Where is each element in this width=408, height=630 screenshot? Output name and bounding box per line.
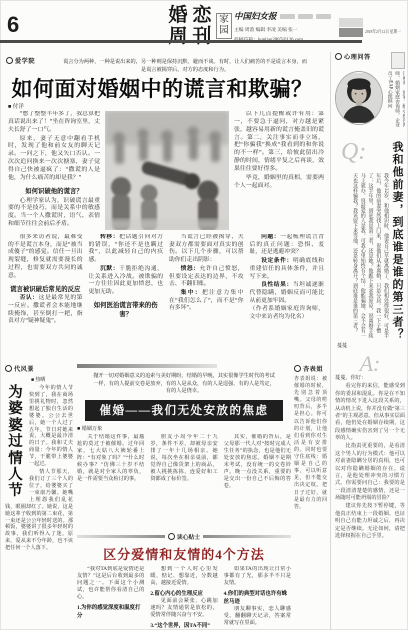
tip-heading: 2.留心内心的生理反应 — [150, 589, 217, 597]
question-vertical-text: 我今年32岁，和他相识时，他说自己早就离婚了。我们相处得很好，可是半年后，他的前… — [335, 173, 389, 339]
expert-block: 汪俊英：国家二级心理咨询师，婚姻家庭咨询师，企业员工EAP心理顾问 本期做客专家 — [335, 71, 405, 133]
subhead-common-reactions: 谎言被识破后常见的反应 — [8, 284, 83, 293]
tip-text: 想到一个人时心里发暖、惦记、想靠近，分数越高，越接近爱情。 — [150, 566, 217, 587]
section-tag-scenery: 代风景 — [5, 364, 73, 373]
question-section: Q: 我和他前妻，到底谁是谁的第三者？ 我今年32岁，和他相识时，他说自己早就离… — [335, 141, 405, 349]
labeled-item: 愤怒：允许自己愤怒，但要设定表达的边界，不攻击、不翻旧账。 — [169, 266, 244, 289]
feature-column-3: 以下几点提醒或许有用：第一，不要急于逼问，对方越是紧张，越容易用新的谎言掩盖旧的… — [234, 111, 324, 231]
paragraph: 心理学家认为，识破谎言最重要的不是技巧，而是关系中的敏感度。当一个人撒谎时，语气… — [8, 198, 100, 229]
color-strip — [339, 18, 363, 37]
paragraph: 否认：这是最常见的第一反应。撒谎者会本能地继续掩饰，甚至倒打一耙，指责对方“疑神… — [8, 295, 83, 326]
paragraph: “憋了整整半年多了，我总算把真话说出来了！”坐在咨询室里，丈夫长舒了一口气。 — [8, 111, 100, 135]
question-mark-label: Q: — [341, 139, 366, 166]
divider-bar — [77, 535, 165, 538]
hot-share-tag: ■ 热晒 — [31, 376, 73, 383]
tips-divider: 读心贴士 — [77, 532, 291, 541]
banner-title: 催婚——我们无处安放的焦虑 — [85, 400, 283, 421]
logo-char: 刊 — [190, 26, 214, 47]
feature-column-1: “憋了整整半年多了，我总算把真话说出来了！”坐在咨询室里，丈夫长舒了一口气。 原… — [8, 111, 100, 231]
valentine-article: 代风景 ■ 热晒 为婆婆过情人节 今年的情人节快到了，我在商场里挑礼物时，忽然想… — [5, 364, 73, 630]
section-tag-love-academy: 爱学院 — [6, 56, 35, 65]
ring-dot-icon — [335, 53, 342, 60]
ring-dot-icon — [168, 533, 175, 540]
paragraph: 其实，催婚的背后，是父母那一代人对“按时完成人生任务”的执念，也是他们无处安放的… — [224, 434, 291, 491]
masthead-rule — [0, 40, 362, 43]
logo-home-label: 家园 — [216, 13, 232, 39]
sister-xing-column: 杏表姐 杏表姐说：被催婚的时候，先别急着顶嘴。父母的唠叨背后，多半是担心。你可以… — [294, 364, 327, 630]
tagline-block — [280, 14, 295, 19]
column-logo-box — [391, 52, 405, 69]
subhead-heal-hurt: 如何医治谎言带来的伤害？ — [89, 300, 164, 318]
tip-heading: 3.“这个世界，因TA不同” — [150, 621, 217, 629]
feature-top-row: “憋了整整半年多了，我总算把真话说出来了！”坐在咨询室里，丈夫长舒了一口气。 原… — [8, 111, 324, 231]
question-signature: 蔓蔓 — [337, 342, 347, 349]
date-line: 2018年2月12日 星期一 — [365, 29, 399, 35]
ring-dot-icon — [294, 365, 301, 372]
section-tag-qa: 心理问答 — [335, 52, 371, 61]
paragraph: 当谎言已经被揭穿，夫妻双方都需要面对真实的创伤。以下几个步骤，可以帮助你们走出阴… — [169, 234, 244, 265]
feature-bottom-columns: 很多来访者说，最难受的不是谎言本身，而是“被当成傻子”的感觉。信任一旦出现裂缝，… — [8, 234, 324, 359]
labeled-item: 问题：一起梳理谎言背后的真正问题：恐惧、羞耻，还是逃避冲突？ — [250, 234, 325, 257]
subhead-detect-lies: 如何识破他的谎言？ — [8, 186, 100, 195]
tip-text: 如果TA的出现让日常小事都有了光，那多半不只是友情。 — [224, 566, 291, 587]
tips-title: 区分爱情和友情的4个方法 — [77, 544, 291, 563]
tagline-block — [298, 14, 313, 19]
newspaper-page: 6 婚 恋 周 刊 家园 中国妇女报 主编 周韵 编辑 李凌 美编 张一 投稿信… — [0, 0, 408, 630]
paragraph: 毕竟，婚姻里的真相，需要两个人一起面对。 — [234, 175, 324, 191]
answer-mark-label: A: — [335, 351, 405, 375]
paragraph: 关于结婚这件事，最尴尬的莫过于被催婚。过年回家，七大姑八大姨轮番上阵：“有对象了… — [77, 434, 144, 483]
tip-text: 见面前会紧张、心跳加速吗？友情通常是放松的，爱情常伴随兴奋与不安。 — [150, 598, 217, 619]
tip-text: 朋友聊事实，恋人聊感受。翻翻聊天记录，答案常常就写在里面。 — [224, 606, 291, 627]
logo-char: 周 — [166, 26, 190, 47]
feature-headline: 如何面对婚姻中的谎言和欺骗？ — [6, 73, 318, 103]
paragraph: 转移：把话题引向对方的错误，“你还不是也瞒过我”，以此减轻自己的内疚感。 — [89, 234, 164, 265]
page-number: 6 — [7, 12, 19, 38]
labeled-item: 良性结果：当坦诚逐渐代替隐瞒，婚姻反而可能比从前更加牢固。 — [250, 282, 325, 305]
tip-heading: 1.为你的感觉深度和温度打分 — [77, 603, 144, 619]
marriage-kaleidoscope-tag: ■ 婚姻万象 — [77, 425, 291, 432]
sister-column-text: 杏表姐说：被催婚的时候，先别急着顶嘴。父母的唠叨背后，多半是担心。你可以告诉他们… — [294, 376, 327, 511]
section-tag-sister-xing: 杏表姐 — [294, 364, 327, 373]
logo-char: 婚 — [166, 5, 190, 26]
paragraph: 看完你的来信，能感受到你的委屈和混乱。你是在不知情的情况下进入这段关系的，从动机… — [335, 383, 405, 442]
labeled-item: 设定条件：明确底线和重建信任的具体条件，并且写下来。 — [250, 258, 325, 281]
article-intro: 抛开一切对婚姻意义的追索与美好期盼，结婚的早晚，其实很像学生时代的考试一样，有的… — [93, 373, 275, 396]
tip-heading: 4.你们的典型对话也许有蛛丝马迹 — [224, 589, 291, 605]
paragraph: 建议你先按下暂停键，等他真正结束上一段婚姻、也证明自己有能力坦诚之后，再决定是否… — [335, 503, 405, 540]
author-note: （作者系婚姻家庭咨询师，文中来访者均为化名） — [250, 306, 325, 321]
ring-dot-icon — [6, 57, 13, 64]
paragraph: 很多来访者说，最难受的不是谎言本身，而是“被当成傻子”的感觉。信任一旦出现裂缝，… — [8, 234, 83, 280]
divider-bar — [203, 535, 291, 538]
article-columns: 关于结婚这件事，最尴尬的莫过于被催婚。过年回家，七大姑八大姨轮番上阵：“有对象了… — [77, 434, 291, 527]
ring-dot-icon — [5, 365, 12, 372]
expert-credentials: 汪俊英：国家二级心理咨询师，婚姻家庭咨询师，企业员工EAP心理顾问 — [386, 71, 405, 129]
qa-rail: 心理问答 汪俊英：国家二级心理咨询师，婚姻家庭咨询师，企业员工EAP心理顾问 本… — [330, 52, 405, 630]
answer-greeting: 蔓蔓，你好： — [335, 375, 405, 382]
vertical-article-title: 为婆婆过情人节 — [5, 385, 26, 503]
labeled-item: 集中：把注意力集中在“我们怎么了”，而不是“你有多坏”。 — [169, 290, 244, 313]
question-vertical-title: 我和他前妻，到底谁是谁的第三者？ — [389, 141, 405, 349]
expert-portrait-photo — [335, 71, 383, 125]
color-block-dark — [339, 28, 363, 37]
tips-columns: “我对TA到底是爱情还是友情？”这是后台收到最多的问题之一。下面这个小测试，也许… — [77, 566, 291, 630]
paragraph: 比指责更重要的，是看清这个男人的行为模式：他可以对前妻隐瞒分居的真相，也可以对你… — [335, 443, 405, 502]
tagline-block — [316, 14, 331, 19]
answer-text: 蔓蔓，你好： 看完你的来信，能感受到你的委屈和混乱。你是在不知情的情况下进入这段… — [335, 375, 405, 540]
wooden-figures-photo — [105, 111, 229, 230]
paragraph: “我对TA到底是爱情还是友情？”这是后台收到最多的问题之一。下面这个小测试，也许… — [77, 566, 144, 601]
feature-byline: ■ 付洋 — [8, 102, 24, 110]
divider-gradient-bar — [77, 364, 217, 368]
color-block-light — [339, 18, 363, 27]
logo-char: 恋 — [190, 5, 214, 26]
paragraph: 朋友小周今年二十九岁，条件不差，却被母亲安排了一年十几场相亲。她说，每次坐在相亲… — [150, 434, 217, 483]
section-tag-tips: 读心贴士 — [168, 532, 200, 541]
paragraph: 以下几点提醒或许有用：第一，不要急于逼问，对方越是紧张，越容易用新的谎言掩盖旧的… — [234, 111, 324, 174]
urging-marriage-article: 抛开一切对婚姻意义的追索与美好期盼，结婚的早晚，其实很像学生时代的考试一样，有的… — [77, 364, 291, 630]
paragraph: 沉默：干脆拒绝沟通，让关系进入冷战。被欺骗的一方往往因此更加愤怒，也更加无助。 — [89, 266, 164, 297]
paragraph: 原来，妻子无意中翻看手机时，发现了他和前女友的聊天记录。一问之下，他又矢口否认。… — [8, 136, 100, 183]
brand-title: 中国妇女报 — [234, 10, 277, 22]
